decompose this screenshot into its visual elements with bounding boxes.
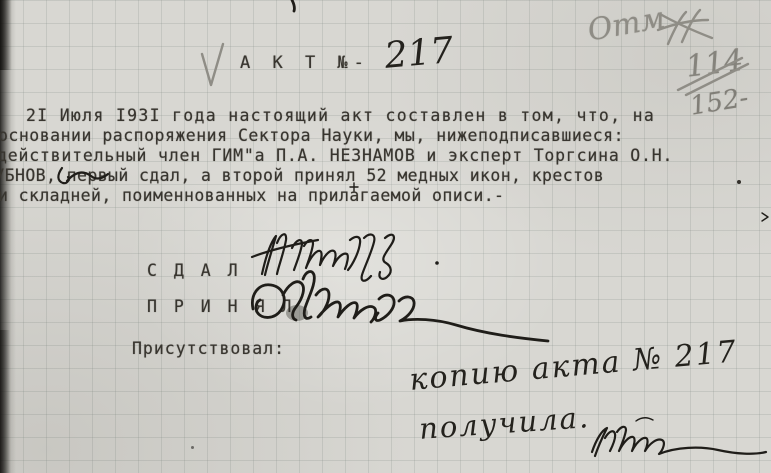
paper-speck <box>191 446 194 449</box>
received-signature <box>252 272 548 341</box>
bubnov-ink-squiggle <box>58 168 108 183</box>
ink-overlay <box>0 0 771 473</box>
ink-speck <box>737 180 741 184</box>
pencil-strikethrough-114 <box>678 58 748 95</box>
document-scan: А К Т №- 217 Отм 114 152- 2I Июля I93I г… <box>0 0 771 473</box>
pencil-scribble-crossed <box>658 10 712 44</box>
ink-speck-mark <box>762 213 768 221</box>
pencil-checkmark-icon <box>202 44 223 85</box>
top-edge-ink-mark <box>292 0 294 11</box>
gave-signature <box>252 234 439 280</box>
footer-signature <box>592 418 766 456</box>
caret-correction-mark <box>350 183 358 191</box>
